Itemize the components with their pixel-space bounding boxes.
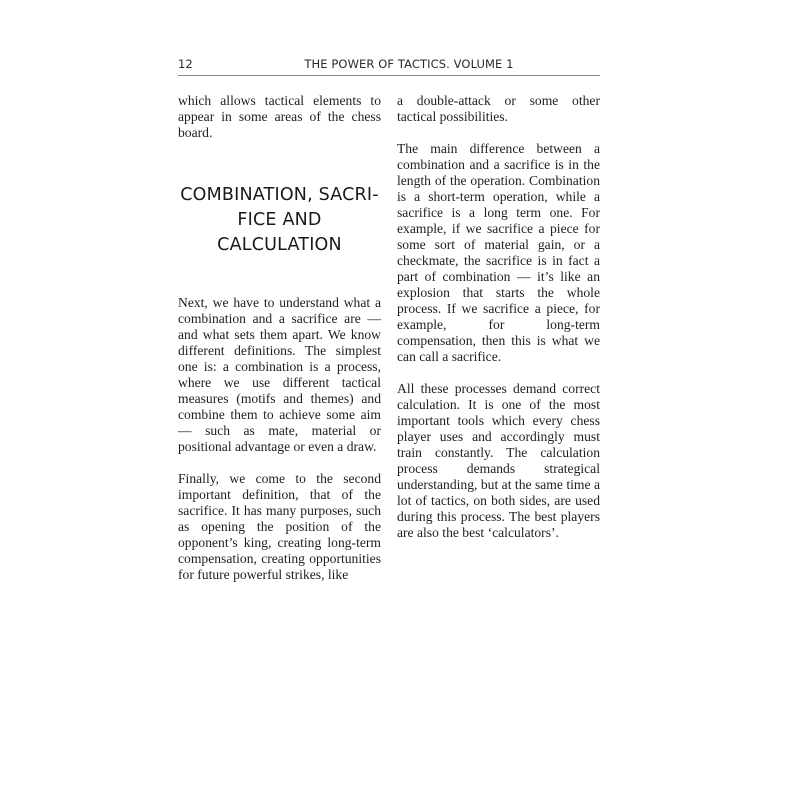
right-column: a double-attack or some other tactical p… xyxy=(397,93,600,557)
section-heading: COMBINATION, SACRI- FICE AND CALCULATION xyxy=(178,183,381,258)
section-heading-line-1: COMBINATION, SACRI- xyxy=(178,183,381,208)
body-paragraph: Next, we have to understand what a combi… xyxy=(178,295,381,455)
body-paragraph: The main difference between a combinatio… xyxy=(397,141,600,365)
book-title: THE POWER OF TACTICS. VOLUME 1 xyxy=(178,57,600,71)
running-header: 12 THE POWER OF TACTICS. VOLUME 1 xyxy=(178,57,600,76)
body-paragraph: a double-attack or some other tactical p… xyxy=(397,93,600,125)
body-paragraph: Finally, we come to the second important… xyxy=(178,471,381,583)
section-heading-line-2: FICE AND CALCULATION xyxy=(178,208,381,258)
book-page: 12 THE POWER OF TACTICS. VOLUME 1 which … xyxy=(0,0,800,800)
intro-paragraph: which allows tactical elements to appear… xyxy=(178,93,381,141)
body-paragraph: All these processes demand correct calcu… xyxy=(397,381,600,541)
left-column: which allows tactical elements to appear… xyxy=(178,93,381,599)
